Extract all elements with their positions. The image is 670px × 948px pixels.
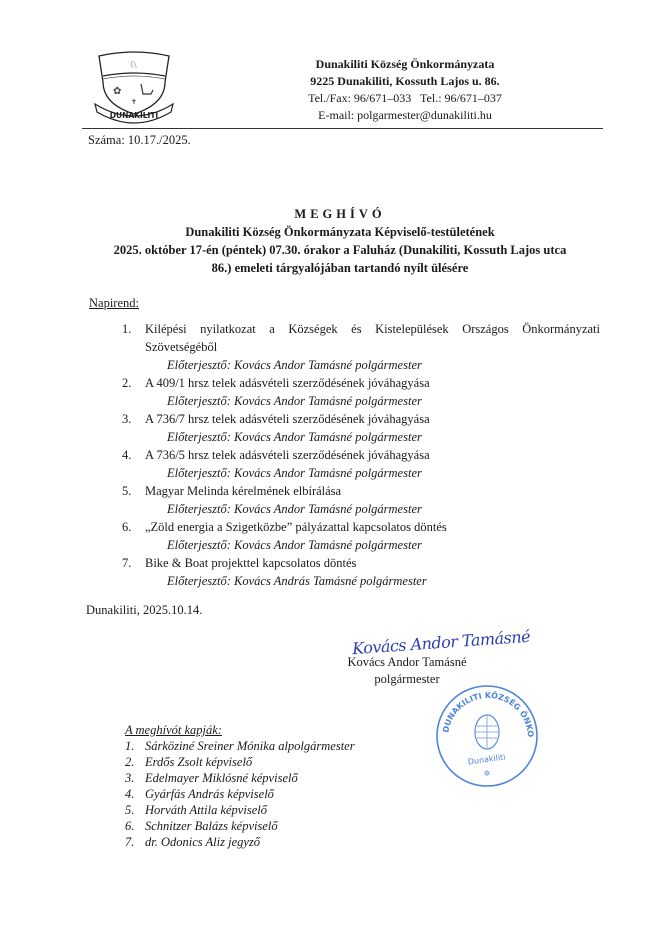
agenda-item-presenter: Előterjesztő: Kovács Andor Tamásné polgá…: [122, 356, 600, 374]
recipient-name: Erdős Zsolt képviselő: [145, 754, 252, 770]
agenda-item-title: „Zöld energia a Szigetközbe” pályázattal…: [145, 518, 600, 536]
agenda-item-title: Magyar Melinda kérelmének elbírálása: [145, 482, 600, 500]
recipient-number: 6.: [125, 818, 145, 834]
recipients-label: A meghívót kapják:: [125, 722, 355, 738]
agenda-item-row: 7.Bike & Boat projekttel kapcsolatos dön…: [122, 554, 600, 572]
recipient-item: 6.Schnitzer Balázs képviselő: [125, 818, 355, 834]
agenda-item: 6.„Zöld energia a Szigetközbe” pályázatt…: [122, 518, 600, 554]
agenda-item-presenter: Előterjesztő: Kovács András Tamásné polg…: [122, 572, 600, 590]
agenda-item-presenter: Előterjesztő: Kovács Andor Tamásné polgá…: [122, 536, 600, 554]
official-stamp: DUNAKILITI KÖZSÉG ÖNKORMÁNYZATA Dunakili…: [432, 680, 542, 790]
recipient-item: 5.Horváth Attila képviselő: [125, 802, 355, 818]
agenda-item-presenter: Előterjesztő: Kovács Andor Tamásné polgá…: [122, 392, 600, 410]
agenda-item: 3.A 736/7 hrsz telek adásvételi szerződé…: [122, 410, 600, 446]
svg-text:♘: ♘: [129, 60, 138, 71]
recipient-name: Horváth Attila képviselő: [145, 802, 267, 818]
agenda-item-presenter: Előterjesztő: Kovács Andor Tamásné polgá…: [122, 500, 600, 518]
signer-name: Kovács Andor Tamásné: [342, 654, 472, 671]
agenda-item-title: Kilépési nyilatkozat a Községek és Kiste…: [145, 320, 600, 356]
agenda-item-number: 3.: [122, 410, 145, 428]
crest-icon: ♘ ✿ ✝ DUNAKILITI: [91, 48, 177, 126]
recipient-name: Edelmayer Miklósné képviselő: [145, 770, 298, 786]
header-divider: [82, 128, 603, 129]
agenda-label: Napirend:: [89, 296, 139, 311]
agenda-list: 1.Kilépési nyilatkozat a Községek és Kis…: [122, 320, 600, 590]
agenda-item-title: A 736/7 hrsz telek adásvételi szerződésé…: [145, 410, 600, 428]
document-heading: MEGHÍVÓ: [80, 205, 600, 223]
agenda-item-presenter: Előterjesztő: Kovács Andor Tamásné polgá…: [122, 464, 600, 482]
letterhead: Dunakiliti Község Önkormányzata 9225 Dun…: [240, 56, 570, 124]
org-name: Dunakiliti Község Önkormányzata: [240, 56, 570, 73]
agenda-item-number: 4.: [122, 446, 145, 464]
svg-text:DUNAKILITI KÖZSÉG ÖNKORMÁNYZAT: DUNAKILITI KÖZSÉG ÖNKORMÁNYZATA: [432, 680, 535, 738]
recipient-item: 2.Erdős Zsolt képviselő: [125, 754, 355, 770]
title-line-2: 2025. október 17-én (péntek) 07.30. órak…: [80, 241, 600, 259]
recipient-number: 3.: [125, 770, 145, 786]
agenda-item: 2.A 409/1 hrsz telek adásvételi szerződé…: [122, 374, 600, 410]
recipient-number: 4.: [125, 786, 145, 802]
agenda-item-number: 5.: [122, 482, 145, 500]
svg-text:Dunakiliti: Dunakiliti: [467, 752, 506, 766]
invitation-title-block: MEGHÍVÓ Dunakiliti Község Önkormányzata …: [80, 205, 600, 277]
stamp-seal-icon: DUNAKILITI KÖZSÉG ÖNKORMÁNYZATA Dunakili…: [432, 680, 542, 790]
date-place: Dunakiliti, 2025.10.14.: [86, 603, 202, 618]
agenda-item-title: A 409/1 hrsz telek adásvételi szerződésé…: [145, 374, 600, 392]
recipient-number: 7.: [125, 834, 145, 850]
svg-text:✝: ✝: [131, 98, 137, 106]
recipient-name: Schnitzer Balázs képviselő: [145, 818, 278, 834]
agenda-item-number: 6.: [122, 518, 145, 536]
recipient-number: 5.: [125, 802, 145, 818]
agenda-item: 7.Bike & Boat projekttel kapcsolatos dön…: [122, 554, 600, 590]
municipal-crest-logo: ♘ ✿ ✝ DUNAKILITI: [91, 48, 177, 126]
recipient-item: 4.Gyárfás András képviselő: [125, 786, 355, 802]
agenda-item: 1.Kilépési nyilatkozat a Községek és Kis…: [122, 320, 600, 374]
agenda-item-row: 2.A 409/1 hrsz telek adásvételi szerződé…: [122, 374, 600, 392]
agenda-item-presenter: Előterjesztő: Kovács Andor Tamásné polgá…: [122, 428, 600, 446]
agenda-item-row: 5.Magyar Melinda kérelmének elbírálása: [122, 482, 600, 500]
recipient-number: 2.: [125, 754, 145, 770]
org-phones: Tel./Fax: 96/671–033 Tel.: 96/671–037: [240, 90, 570, 107]
agenda-item-row: 1.Kilépési nyilatkozat a Községek és Kis…: [122, 320, 600, 356]
title-line-3: 86.) emeleti tárgyalójában tartandó nyíl…: [80, 259, 600, 277]
agenda-item-row: 3.A 736/7 hrsz telek adásvételi szerződé…: [122, 410, 600, 428]
recipient-number: 1.: [125, 738, 145, 754]
agenda-item-number: 7.: [122, 554, 145, 572]
svg-text:✿: ✿: [113, 86, 121, 97]
recipient-name: Sárköziné Sreiner Mónika alpolgármester: [145, 738, 355, 754]
agenda-item-number: 1.: [122, 320, 145, 356]
svg-text:DUNAKILITI: DUNAKILITI: [110, 111, 159, 120]
recipient-name: Gyárfás András képviselő: [145, 786, 274, 802]
reference-number: Száma: 10.17./2025.: [88, 133, 191, 148]
recipient-item: 7.dr. Odonics Aliz jegyző: [125, 834, 355, 850]
svg-text:✲: ✲: [484, 769, 491, 778]
org-address: 9225 Dunakiliti, Kossuth Lajos u. 86.: [240, 73, 570, 90]
recipient-name: dr. Odonics Aliz jegyző: [145, 834, 260, 850]
agenda-item-title: A 736/5 hrsz telek adásvételi szerződésé…: [145, 446, 600, 464]
agenda-item-number: 2.: [122, 374, 145, 392]
agenda-item: 5.Magyar Melinda kérelmének elbírálásaEl…: [122, 482, 600, 518]
recipient-item: 3.Edelmayer Miklósné képviselő: [125, 770, 355, 786]
agenda-item: 4.A 736/5 hrsz telek adásvételi szerződé…: [122, 446, 600, 482]
agenda-item-row: 6.„Zöld energia a Szigetközbe” pályázatt…: [122, 518, 600, 536]
recipients-block: A meghívót kapják: 1.Sárköziné Sreiner M…: [125, 722, 355, 850]
agenda-item-row: 4.A 736/5 hrsz telek adásvételi szerződé…: [122, 446, 600, 464]
title-line-1: Dunakiliti Község Önkormányzata Képvisel…: [80, 223, 600, 241]
recipient-item: 1.Sárköziné Sreiner Mónika alpolgármeste…: [125, 738, 355, 754]
recipients-list: 1.Sárköziné Sreiner Mónika alpolgármeste…: [125, 738, 355, 850]
agenda-item-title: Bike & Boat projekttel kapcsolatos dönté…: [145, 554, 600, 572]
org-email: E-mail: polgarmester@dunakiliti.hu: [240, 107, 570, 124]
